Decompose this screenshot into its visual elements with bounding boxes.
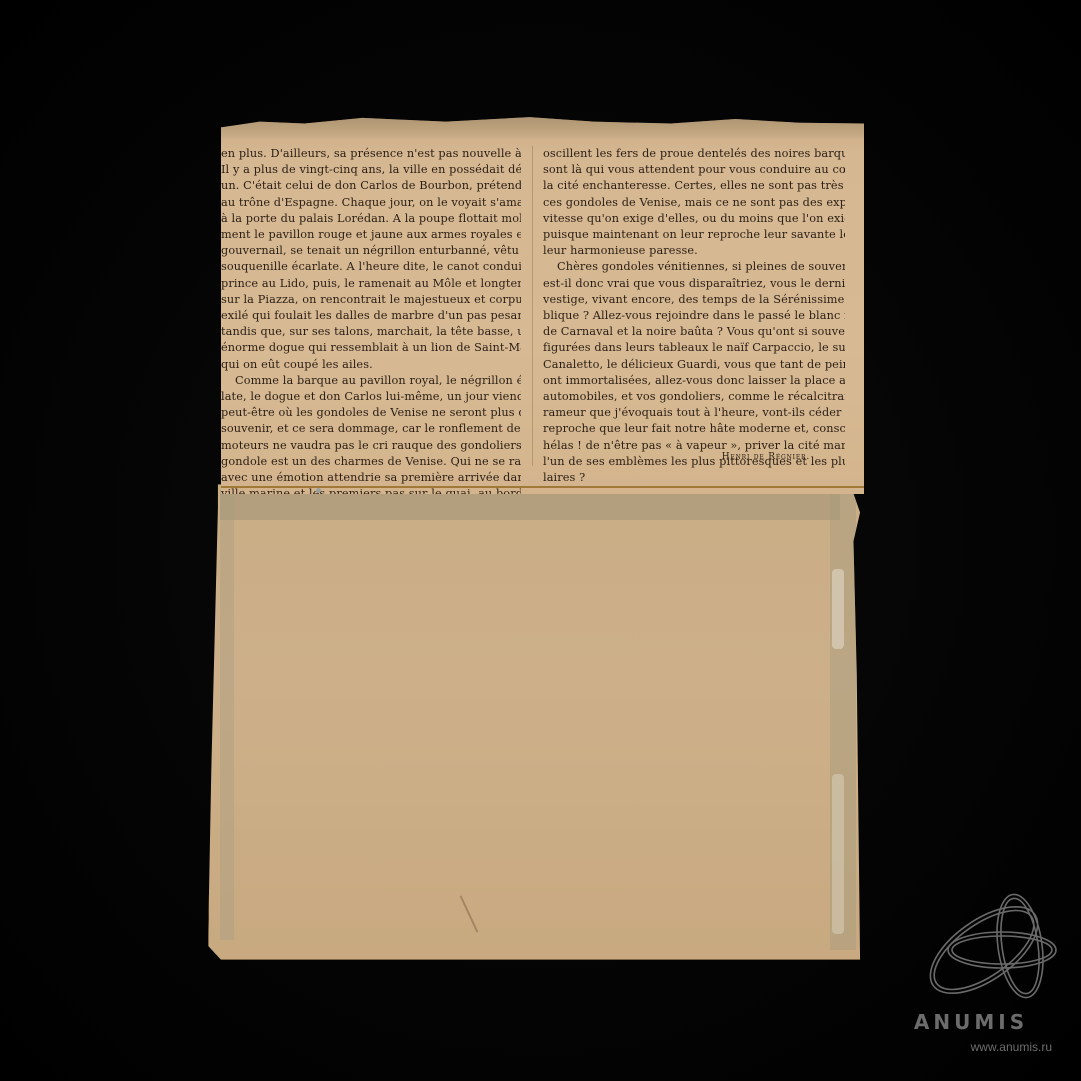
text-line: exilé qui foulait les dalles de marbre d… [221, 308, 521, 324]
paper-wear-mark [832, 569, 844, 649]
text-line: énorme dogue qui ressemblait à un lion d… [221, 340, 521, 356]
text-line: est-il donc vrai que vous disparaîtriez,… [543, 276, 845, 292]
text-line: un. C'était celui de don Carlos de Bourb… [221, 178, 521, 194]
author-signature: Henri de Régnier. [722, 452, 810, 462]
text-line: puisque maintenant on leur reproche leur… [543, 227, 845, 243]
text-line: Chères gondoles vénitiennes, si pleines … [543, 259, 845, 275]
text-line: Il y a plus de vingt-cinq ans, la ville … [221, 162, 521, 178]
text-line: vitesse qu'on exige d'elles, ou du moins… [543, 211, 845, 227]
text-line: souquenille écarlate. A l'heure dite, le… [221, 259, 521, 275]
text-line: en plus. D'ailleurs, sa présence n'est p… [221, 146, 521, 162]
interlocking-rings-logo-icon [922, 888, 1062, 1008]
text-line: qui on eût coupé les ailes. [221, 357, 521, 373]
text-line: Canaletto, le délicieux Guardi, vous que… [543, 357, 845, 373]
text-line: oscillent les fers de proue dentelés des… [543, 146, 845, 162]
text-line: sur la Piazza, on rencontrait le majestu… [221, 292, 521, 308]
clipping-torn-edge [221, 116, 864, 138]
text-line: figurées dans leurs tableaux le naïf Car… [543, 340, 845, 356]
text-line: tandis que, sur ses talons, marchait, la… [221, 324, 521, 340]
paper-crease [460, 895, 479, 932]
watermark-brand: ANUMIS [886, 1010, 1056, 1034]
right-text-column: oscillent les fers de proue dentelés des… [543, 146, 845, 486]
newspaper-clipping: en plus. D'ailleurs, sa présence n'est p… [221, 116, 864, 494]
text-line: rameur que j'évoquais tout à l'heure, vo… [543, 405, 845, 421]
column-divider [532, 146, 533, 466]
text-line: souvenir, et ce sera dommage, car le ron… [221, 421, 521, 437]
text-line: à la porte du palais Lorédan. A la poupe… [221, 211, 521, 227]
watermark-url: www.anumis.ru [886, 1040, 1052, 1054]
backing-sheet [208, 484, 870, 960]
left-text-column: en plus. D'ailleurs, sa présence n'est p… [221, 146, 521, 502]
text-line: la cité enchanteresse. Certes, elles ne … [543, 178, 845, 194]
text-line: prince au Lido, puis, le ramenait au Môl… [221, 276, 521, 292]
text-line: ont immortalisées, allez-vous donc laiss… [543, 373, 845, 389]
pin-hole-mark [316, 488, 321, 493]
text-line: Comme la barque au pavillon royal, le né… [221, 373, 521, 389]
text-line: peut-être où les gondoles de Venise ne s… [221, 405, 521, 421]
text-line: leur harmonieuse paresse. [543, 243, 845, 259]
text-line: late, le dogue et don Carlos lui-même, u… [221, 389, 521, 405]
text-line: gouvernail, se tenait un négrillon entur… [221, 243, 521, 259]
text-line: blique ? Allez-vous rejoindre dans le pa… [543, 308, 845, 324]
text-line: ces gondoles de Venise, mais ce ne sont … [543, 195, 845, 211]
paper-wear-mark [832, 774, 844, 934]
text-line: laires ? [543, 470, 845, 486]
text-line: gondole est un des charmes de Venise. Qu… [221, 454, 521, 470]
text-line: avec une émotion attendrie sa première a… [221, 470, 521, 486]
tape-strip-left [220, 490, 234, 940]
text-line: reproche que leur fait notre hâte modern… [543, 421, 845, 437]
text-line: moteurs ne vaudra pas le cri rauque des … [221, 438, 521, 454]
text-line: sont là qui vous attendent pour vous con… [543, 162, 845, 178]
text-line: vestige, vivant encore, des temps de la … [543, 292, 845, 308]
text-line: automobiles, et vos gondoliers, comme le… [543, 389, 845, 405]
text-line: ment le pavillon rouge et jaune aux arme… [221, 227, 521, 243]
tape-strip-top [220, 490, 840, 520]
text-line: de Carnaval et la noire baûta ? Vous qu'… [543, 324, 845, 340]
text-line: au trône d'Espagne. Chaque jour, on le v… [221, 195, 521, 211]
anumis-watermark: ANUMIS www.anumis.ru [886, 888, 1056, 1058]
